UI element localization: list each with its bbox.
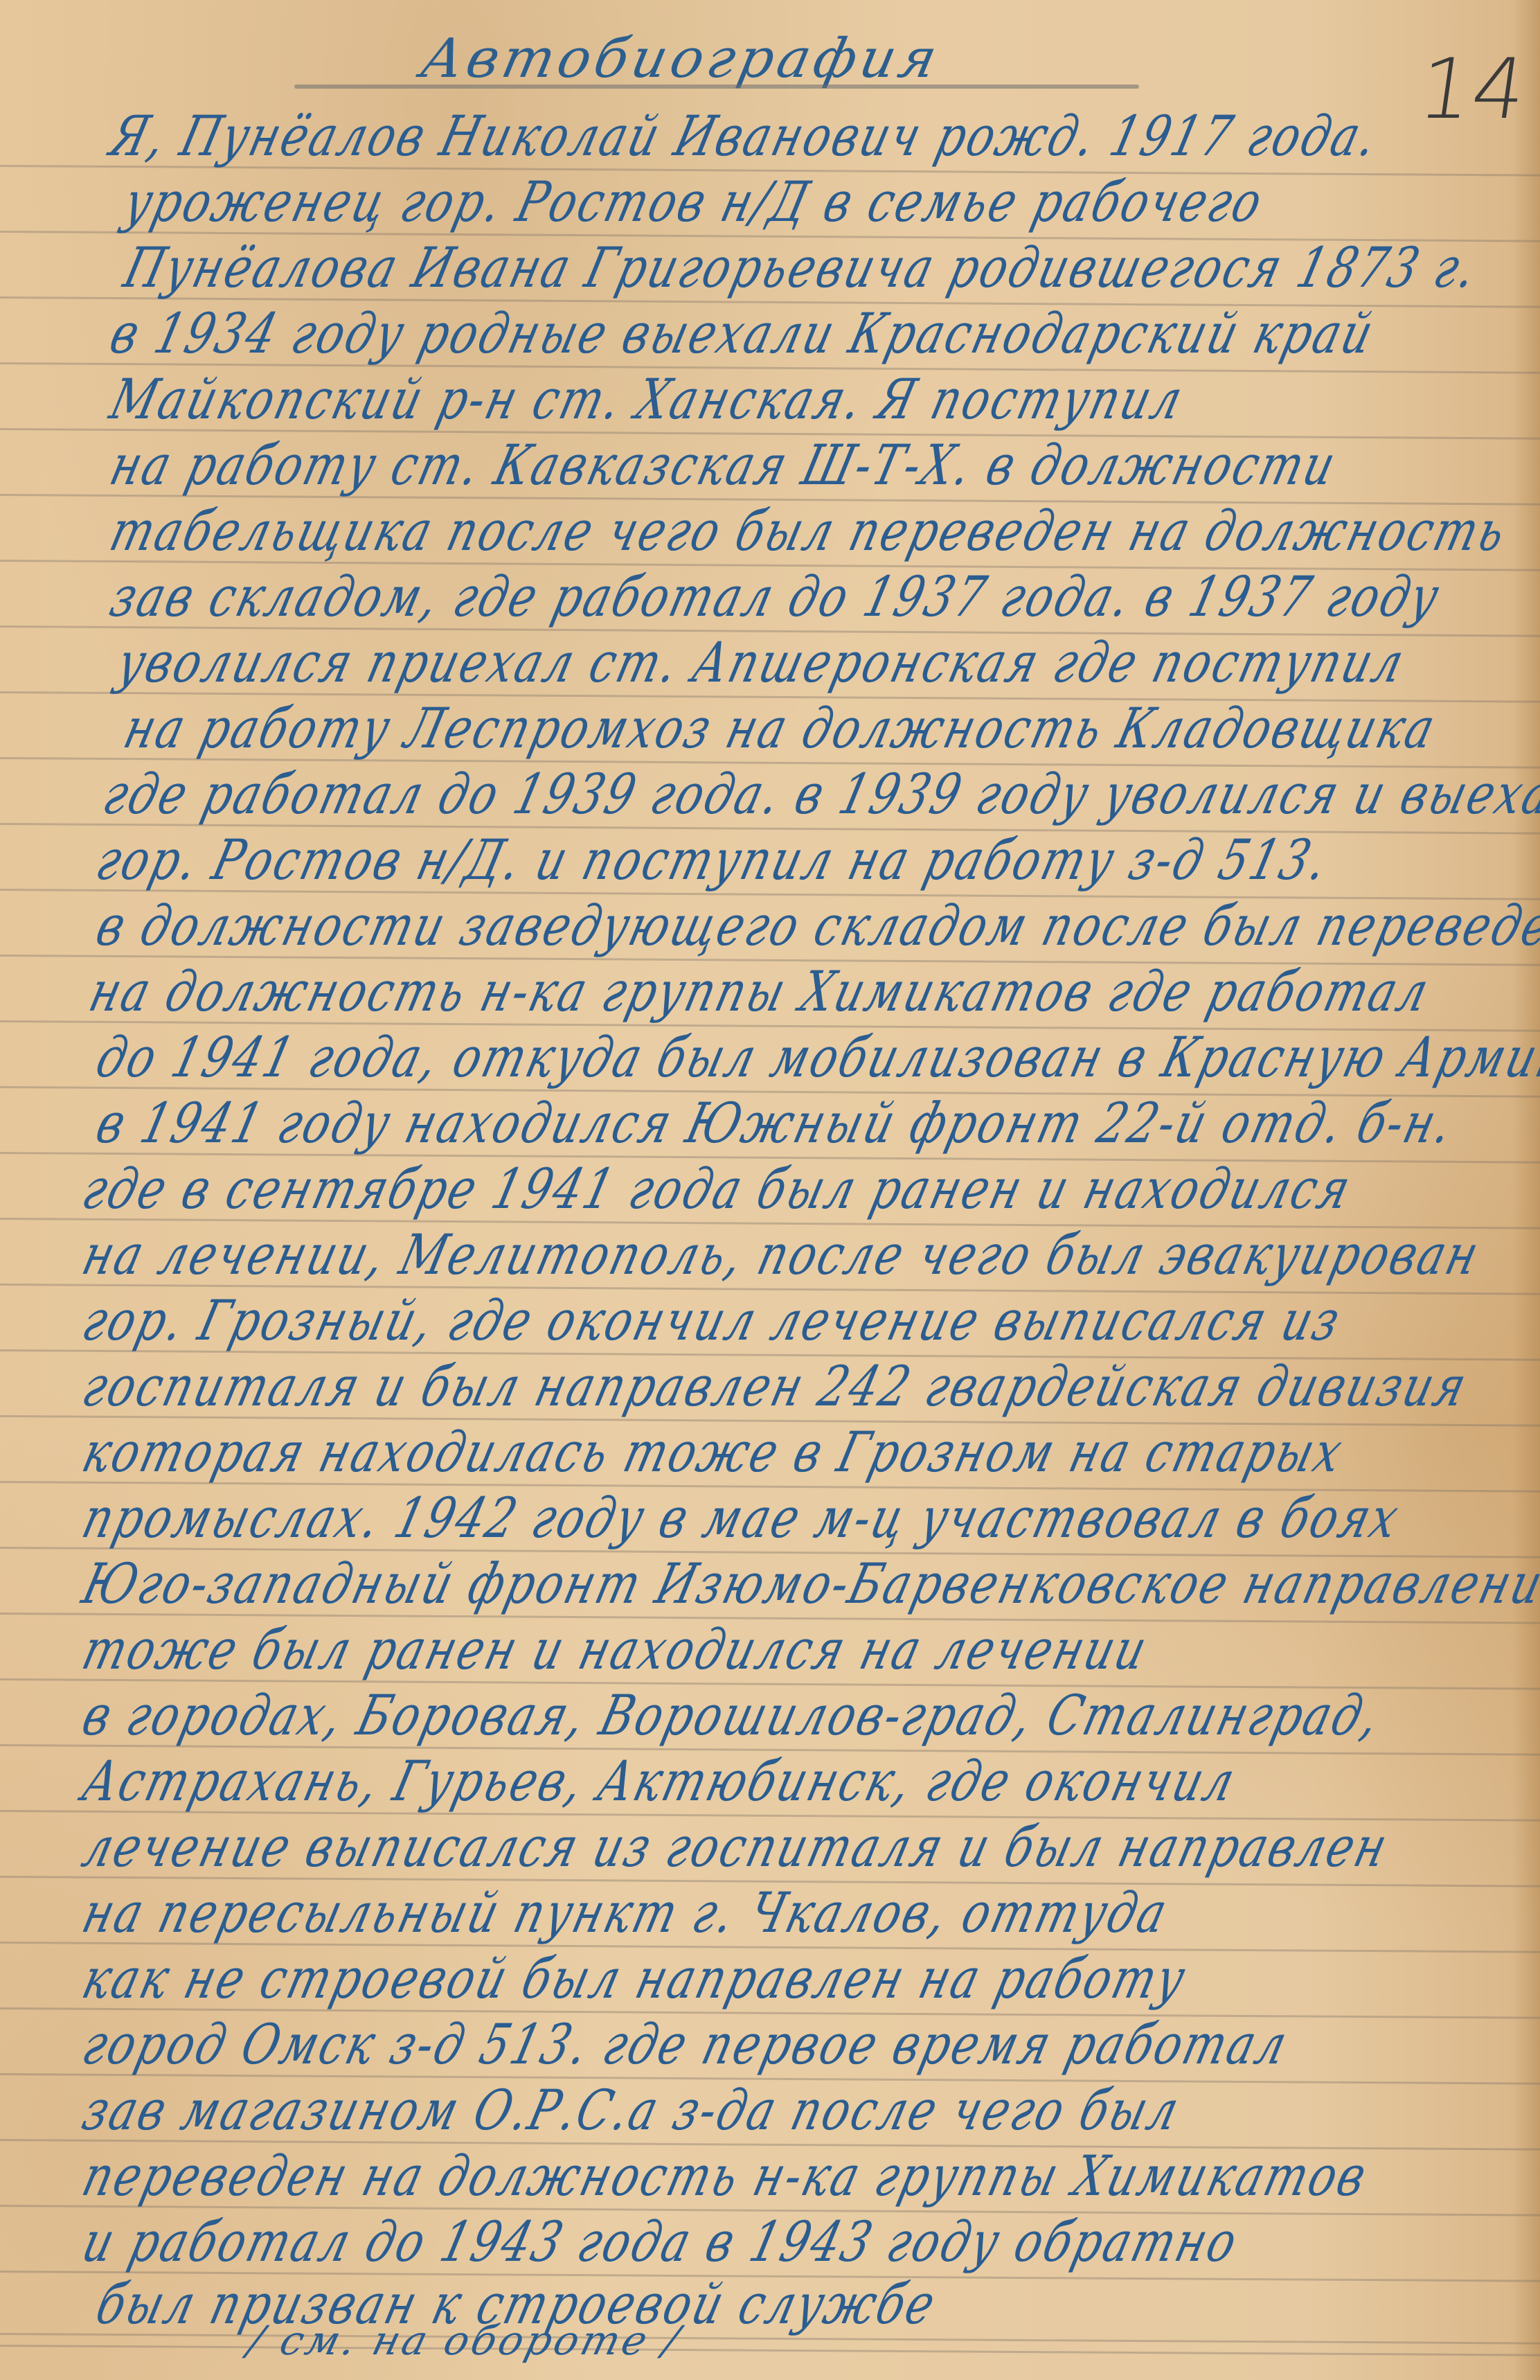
- text-line: зав магазином О.Р.С.а з-да после чего бы…: [76, 2079, 1187, 2144]
- text-line: в 1934 году родные выехали Краснодарский…: [104, 303, 1381, 367]
- text-line: Майкопский р-н ст. Ханская. Я поступил: [104, 368, 1190, 433]
- text-line: Пунёалова Ивана Григорьевича родившегося…: [118, 237, 1484, 301]
- text-line: переведен на должность н-ка группы Химик…: [76, 2145, 1374, 2210]
- text-line: на работу Леспромхоз на должность Кладов…: [118, 698, 1442, 762]
- text-line: госпиталя и был направлен 242 гвардейска…: [76, 1356, 1474, 1420]
- text-line: в должности заведующего складом после бы…: [90, 895, 1540, 959]
- text-line: на должность н-ка группы Химикатов где р…: [83, 961, 1436, 1025]
- text-line: гор. Грозный, где окончил лечение выписа…: [76, 1290, 1347, 1354]
- text-line: на работу ст. Кавказская Ш-Т-Х. в должно…: [104, 434, 1343, 499]
- text-line: на пересыльный пункт г. Чкалов, оттуда: [76, 1882, 1175, 1946]
- document-title: Автобиография: [415, 28, 946, 90]
- text-line: гор. Ростов н/Д. и поступил на работу з-…: [90, 829, 1335, 894]
- text-line: которая находилась тоже в Грозном на ста…: [76, 1421, 1350, 1486]
- text-line: в 1941 году находился Южный фронт 22-й о…: [90, 1092, 1460, 1157]
- text-line: зав складом, где работал до 1937 года. в…: [104, 566, 1447, 630]
- text-line: Я, Пунёалов Николай Иванович рожд. 1917 …: [104, 105, 1385, 170]
- text-line: тоже был ранен и находился на лечении: [76, 1619, 1154, 1683]
- text-line: где в сентябре 1941 года был ранен и нах…: [76, 1158, 1358, 1223]
- text-line: Юго-западный фронт Изюмо-Барвенковское н…: [76, 1553, 1540, 1617]
- paper-edge: [1512, 0, 1540, 2380]
- text-line: в городах, Боровая, Ворошилов-град, Стал…: [76, 1685, 1387, 1749]
- text-line: табельщика после чего был переведен на д…: [104, 500, 1514, 565]
- page-number: 14: [1413, 42, 1532, 138]
- text-line: промыслах. 1942 году в мае м-ц участвова…: [76, 1487, 1406, 1552]
- ruled-line: [0, 2345, 1540, 2356]
- text-line: уроженец гор. Ростов н/Д в семье рабочег…: [118, 171, 1270, 236]
- text-line: как не строевой был направлен на работу: [76, 1948, 1193, 2012]
- document-page: Автобиография 14 Я, Пунёалов Николай Ива…: [0, 0, 1540, 2380]
- text-line: и работал до 1943 года в 1943 году обрат…: [76, 2211, 1245, 2275]
- see-reverse-note: / см. на обороте /: [244, 2317, 687, 2364]
- text-line: до 1941 года, откуда был мобилизован в К…: [90, 1027, 1540, 1091]
- text-line: Астрахань, Гурьев, Актюбинск, где окончи…: [76, 1750, 1243, 1815]
- text-line: где работал до 1939 года. в 1939 году ув…: [97, 763, 1540, 828]
- title-underline: [294, 85, 1139, 89]
- text-line: уволился приехал ст. Апшеронская где пос…: [111, 632, 1412, 696]
- text-line: на лечении, Мелитополь, после чего был э…: [76, 1224, 1487, 1288]
- text-line: город Омск з-д 513. где первое время раб…: [76, 2014, 1295, 2078]
- text-line: лечение выписался из госпиталя и был нап…: [76, 1816, 1395, 1881]
